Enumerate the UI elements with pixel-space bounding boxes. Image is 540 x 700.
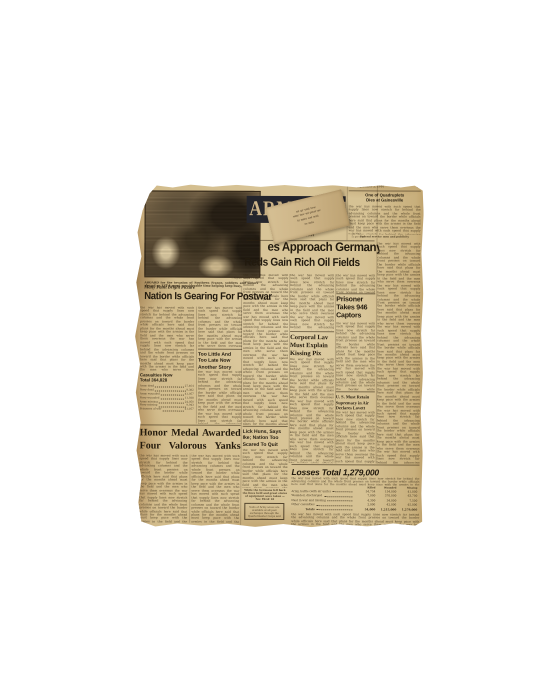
- lick-line: Scared To Quit: [243, 441, 288, 447]
- boxed-notice: Suits of Army wives are available at all…: [244, 503, 284, 520]
- lick-huns-body: the war has moved with such speed that s…: [242, 449, 287, 488]
- nation-headline: Nation Is Gearing For Postwar: [144, 290, 290, 306]
- banner-line1-text: es Approach German: [267, 241, 376, 254]
- corporal-line: Must Explain: [290, 342, 334, 350]
- honor-body-col-1: the war has moved with such speed that s…: [139, 454, 187, 522]
- leader-dots: [317, 510, 353, 511]
- corporal-headline: Corporal Lav Must Explain Kissing Pix: [290, 331, 334, 359]
- prisoner-line: Captors: [336, 312, 375, 320]
- corporal-body: the war has moved with such speed that s…: [290, 358, 334, 463]
- main-story-col-3: the war has moved with such speed that s…: [336, 274, 375, 293]
- prisoner-line: Prisoner: [336, 296, 375, 304]
- totals-value: 1,215,000: [375, 507, 396, 512]
- too-little-body: the war has moved with such speed that s…: [198, 371, 242, 424]
- centered-agate-note: While the Germans fell back the lines he…: [242, 489, 287, 501]
- page-number: 5: [417, 185, 419, 189]
- honor-body-col-2: the war has moved with such speed that s…: [191, 455, 239, 523]
- honor-line: Honor Medal Awarded: [140, 427, 241, 440]
- corporal-line: Kissing Pix: [290, 350, 334, 358]
- losses-footnote: the war has moved with such speed that s…: [291, 513, 419, 526]
- casualty-list: Army dead27,464Navy dead9,382Army wounde…: [140, 384, 194, 424]
- running-head: September 2, 1944 5: [349, 184, 421, 191]
- troops-aboard-lst-photo: [144, 190, 260, 278]
- right-rail-body: the war has moved with such speed that s…: [377, 242, 421, 463]
- quadruplets-headline: One of Quadruplets Dies at Gainesville: [349, 192, 421, 203]
- lovett-body: the war has moved with such speed that s…: [336, 411, 375, 463]
- main-story-col-2: the war has moved with such speed that s…: [290, 274, 334, 330]
- prisoner-body: the war has moved with such speed that s…: [336, 322, 375, 390]
- totals-value: 1,279,000: [396, 507, 417, 512]
- running-date: September 2, 1944: [357, 184, 384, 188]
- quadruplets-body: the war has moved with such speed that s…: [349, 205, 421, 234]
- losses-totals-row: Totals 54,000 1,215,000 1,279,000: [291, 507, 417, 512]
- nation-body-col-1: the war has moved with such speed that s…: [140, 306, 194, 371]
- losses-table: Killed Wounded Missing Army, battle (wit…: [291, 486, 417, 513]
- honor-medal-headline: Honor Medal Awarded Four Valorous Yanks: [140, 424, 241, 455]
- banner-headline-line2: Reds Gain Rich Oil Fields: [244, 256, 370, 274]
- corporal-line: Corporal Lav: [290, 334, 334, 342]
- casualties-headline: Casualties Now Total 364,828: [140, 372, 194, 383]
- prisoner-line: Takes 946: [336, 304, 375, 312]
- totals-value: 54,000: [354, 507, 375, 512]
- lovett-line: U. S. Must Retain: [336, 394, 375, 400]
- lick-huns-headline: Lick Huns, Says Ike; Nation Too Scared T…: [243, 426, 288, 451]
- lovett-headline: U. S. Must Retain Supremacy in Air Decla…: [336, 391, 375, 413]
- too-little-line: Another Story: [198, 364, 242, 370]
- losses-table-rows: Army, battle (with air units)54,754154,0…: [291, 489, 417, 507]
- casualty-list-item: Prisoners of war41,057: [140, 408, 194, 412]
- losses-intro: the war has moved with such speed that s…: [291, 477, 419, 486]
- column-rule: [189, 455, 190, 523]
- nation-body-col-2: the war has moved with such speed that s…: [198, 307, 242, 348]
- totals-label: Totals: [291, 507, 314, 512]
- scanned-newspaper-page: —Signal Corps Photo ABOARD for the invas…: [0, 0, 540, 700]
- newspaper-sheet: —Signal Corps Photo ABOARD for the invas…: [131, 182, 425, 528]
- quad-agate-line: Federal service men and publicity: [349, 235, 421, 240]
- quad-line: Dies at Gainesville: [349, 197, 421, 202]
- photo-credit: —Signal Corps Photo: [144, 276, 258, 280]
- prisoner-headline: Prisoner Takes 946 Captors: [336, 293, 375, 323]
- lovett-line: Declares Lovett: [336, 405, 375, 411]
- honor-line: Four Valorous Yanks: [140, 440, 241, 453]
- casualties-line: Total 364,828: [140, 378, 194, 384]
- too-little-subhead: Too Little And Too Late Now Another Stor…: [198, 349, 242, 373]
